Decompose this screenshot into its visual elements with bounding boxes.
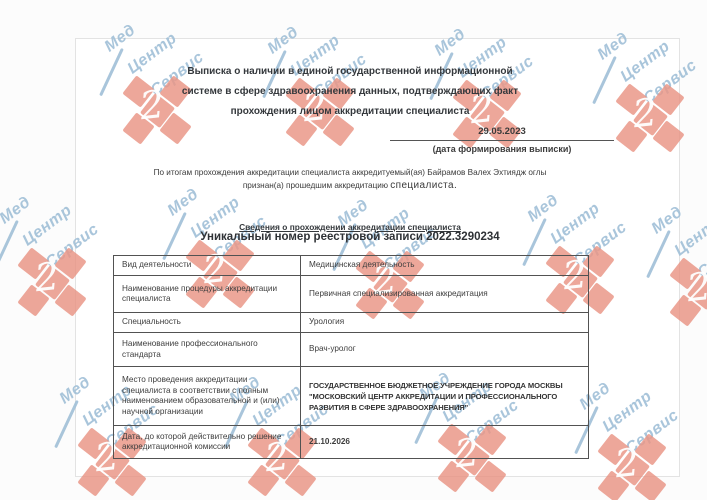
title-line-2: системе в сфере здравоохранения данных, … xyxy=(75,82,625,102)
intro-text-before-name: По итогам прохождения аккредитации специ… xyxy=(154,168,425,177)
row-value: Врач-уролог xyxy=(301,333,589,367)
row-value: Медицинская деятельность xyxy=(301,256,589,276)
watermark-m-tail xyxy=(0,220,18,268)
scanned-document-screenshot: МедЦентрСервис2МедЦентрСервис2МедЦентрСе… xyxy=(0,0,707,500)
document-title: Выписка о наличии в единой государственн… xyxy=(75,62,625,122)
issue-date-caption: (дата формирования выписки) xyxy=(390,144,614,154)
title-line-3: прохождения лицом аккредитации специалис… xyxy=(75,102,625,122)
row-label: Место проведения аккредитации специалист… xyxy=(114,367,301,426)
row-value: Урология xyxy=(301,313,589,333)
row-label: Вид деятельности xyxy=(114,256,301,276)
table-row: Наименование процедуры аккредитации спец… xyxy=(114,276,589,313)
intro-line-2: признан(а) прошедшим аккредитацию специа… xyxy=(75,179,625,192)
table-row: Наименование профессионального стандарта… xyxy=(114,333,589,367)
watermark-word-3: Сервис xyxy=(695,231,707,282)
row-label: Дата, до которой действительно решение а… xyxy=(114,426,301,459)
accreditation-table: Вид деятельности Медицинская деятельност… xyxy=(113,255,589,459)
table-row: Дата, до которой действительно решение а… xyxy=(114,426,589,459)
watermark-word-1: Мед xyxy=(0,193,34,228)
stethoscope-glyph: 2 xyxy=(685,264,707,310)
person-name: Байрамов Валех Эхтиядж оглы xyxy=(427,168,546,177)
watermark-word-2: Центр xyxy=(20,202,76,251)
table-row: Вид деятельности Медицинская деятельност… xyxy=(114,256,589,276)
document-content: Выписка о наличии в единой государственн… xyxy=(75,38,678,475)
table-row: Место проведения аккредитации специалист… xyxy=(114,367,589,426)
row-value: ГОСУДАРСТВЕННОЕ БЮДЖЕТНОЕ УЧРЕЖДЕНИЕ ГОР… xyxy=(301,367,589,426)
registry-number-line: Уникальный номер реестровой записи 2022.… xyxy=(75,231,625,243)
table-row: Специальность Урология xyxy=(114,313,589,333)
intro-filled-value: специалиста. xyxy=(390,180,457,191)
intro-line-1: По итогам прохождения аккредитации специ… xyxy=(75,166,625,179)
row-label: Наименование процедуры аккредитации спец… xyxy=(114,276,301,313)
issue-date-block: 29.05.2023 (дата формирования выписки) xyxy=(390,126,614,154)
stethoscope-glyph: 2 xyxy=(33,254,62,300)
row-value: 21.10.2026 xyxy=(301,426,589,459)
issue-date-value: 29.05.2023 xyxy=(390,126,614,141)
row-value: Первичная специализированная аккредитаци… xyxy=(301,276,589,313)
intro-paragraph: По итогам прохождения аккредитации специ… xyxy=(75,166,625,192)
row-label: Наименование профессионального стандарта xyxy=(114,333,301,367)
row-label: Специальность xyxy=(114,313,301,333)
intro-text-line2: признан(а) прошедшим аккредитацию xyxy=(243,181,388,190)
title-line-1: Выписка о наличии в единой государственн… xyxy=(75,62,625,82)
